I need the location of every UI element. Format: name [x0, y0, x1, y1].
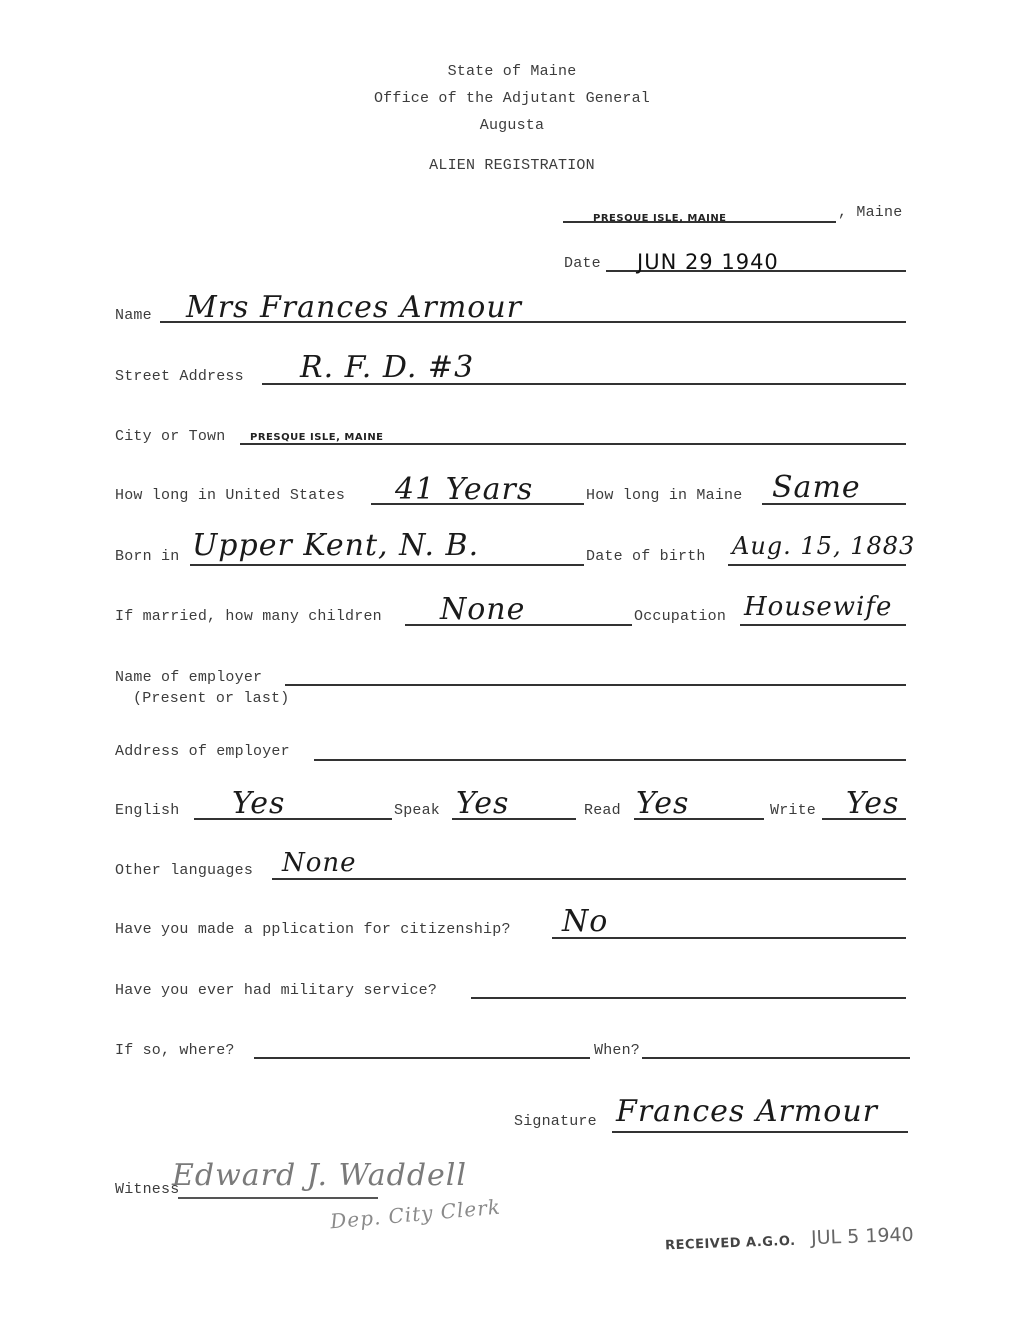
- employer-name-sublabel: (Present or last): [133, 690, 289, 707]
- read-label: Read: [584, 802, 621, 819]
- received-stamp-date: JUL 5 1940: [811, 1224, 914, 1250]
- born-in-line: [190, 564, 584, 566]
- other-languages-line: [272, 878, 906, 880]
- employer-name-label: Name of employer: [115, 669, 262, 686]
- read-value[interactable]: Yes: [636, 786, 689, 821]
- write-value[interactable]: Yes: [846, 786, 899, 821]
- how-long-maine-value[interactable]: Same: [772, 470, 861, 505]
- military-service-line[interactable]: [471, 997, 906, 999]
- date-of-birth-line: [728, 564, 906, 566]
- english-line: [194, 818, 392, 820]
- witness-title: Dep. City Clerk: [329, 1195, 501, 1234]
- write-label: Write: [770, 802, 816, 819]
- received-stamp: RECEIVED A.G.O. JUL 5 1940: [665, 1224, 914, 1255]
- signature-value[interactable]: Frances Armour: [616, 1094, 878, 1129]
- date-value[interactable]: JUN 29 1940: [637, 250, 779, 274]
- occupation-line: [740, 624, 906, 626]
- speak-label: Speak: [394, 802, 440, 819]
- witness-line: [178, 1197, 378, 1199]
- employer-address-line[interactable]: [314, 759, 906, 761]
- born-in-value[interactable]: Upper Kent, N. B.: [192, 528, 479, 563]
- how-long-us-value[interactable]: 41 Years: [395, 472, 533, 507]
- signature-label: Signature: [514, 1113, 597, 1130]
- signature-line: [612, 1131, 908, 1133]
- header-office: Office of the Adjutant General: [0, 90, 1024, 107]
- witness-value[interactable]: Edward J. Waddell: [172, 1158, 467, 1193]
- date-label: Date: [564, 255, 601, 272]
- witness-label: Witness: [115, 1181, 179, 1198]
- name-value[interactable]: Mrs Frances Armour: [186, 290, 522, 325]
- how-long-us-label: How long in United States: [115, 487, 345, 504]
- header-city: Augusta: [0, 117, 1024, 134]
- children-label: If married, how many children: [115, 608, 382, 625]
- citizenship-label: Have you made a pplication for citizensh…: [115, 921, 511, 938]
- occupation-value[interactable]: Housewife: [744, 592, 892, 622]
- form-title: ALIEN REGISTRATION: [0, 157, 1024, 174]
- english-label: English: [115, 802, 179, 819]
- city-line: [240, 443, 906, 445]
- military-service-label: Have you ever had military service?: [115, 982, 437, 999]
- date-of-birth-label: Date of birth: [586, 548, 706, 565]
- other-languages-value[interactable]: None: [282, 848, 357, 878]
- other-languages-label: Other languages: [115, 862, 253, 879]
- where-line[interactable]: [254, 1057, 590, 1059]
- how-long-maine-label: How long in Maine: [586, 487, 742, 504]
- english-value[interactable]: Yes: [232, 786, 285, 821]
- children-value[interactable]: None: [440, 592, 525, 627]
- employer-name-line[interactable]: [285, 684, 906, 686]
- speak-value[interactable]: Yes: [456, 786, 509, 821]
- header-state: State of Maine: [0, 63, 1024, 80]
- occupation-label: Occupation: [634, 608, 726, 625]
- city-value[interactable]: PRESQUE ISLE, MAINE: [250, 432, 384, 443]
- name-label: Name: [115, 307, 152, 324]
- place-value[interactable]: PRESQUE ISLE, MAINE: [593, 213, 727, 224]
- employer-address-label: Address of employer: [115, 743, 290, 760]
- place-suffix: , Maine: [838, 204, 902, 221]
- citizenship-value[interactable]: No: [562, 904, 608, 939]
- street-address-label: Street Address: [115, 368, 244, 385]
- where-label: If so, where?: [115, 1042, 235, 1059]
- date-of-birth-value[interactable]: Aug. 15, 1883: [732, 532, 915, 560]
- when-line[interactable]: [642, 1057, 910, 1059]
- street-address-value[interactable]: R. F. D. #3: [300, 350, 474, 385]
- city-label: City or Town: [115, 428, 225, 445]
- when-label: When?: [594, 1042, 640, 1059]
- received-stamp-prefix: RECEIVED A.G.O.: [665, 1234, 796, 1254]
- born-in-label: Born in: [115, 548, 179, 565]
